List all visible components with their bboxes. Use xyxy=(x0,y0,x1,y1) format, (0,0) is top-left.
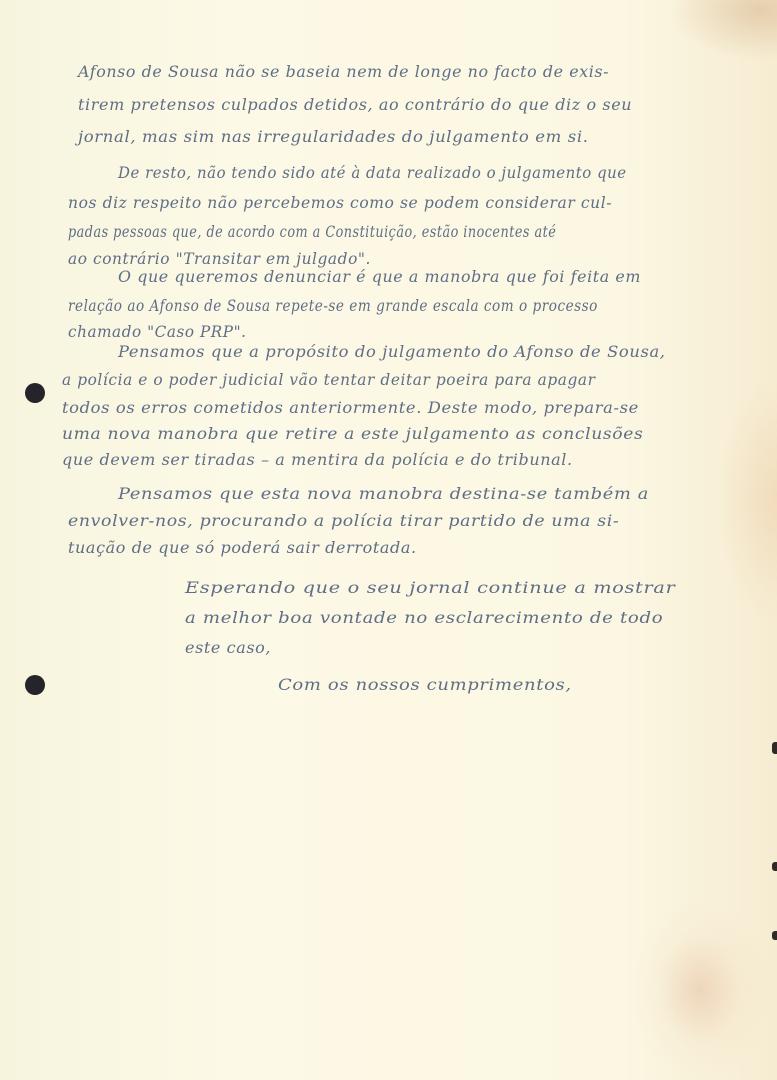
handwritten-line: a polícia e o poder judicial vão tentar … xyxy=(62,370,596,389)
handwritten-line: ao contrário "Transitar em julgado". xyxy=(68,249,371,268)
handwritten-line: que devem ser tiradas – a mentira da pol… xyxy=(62,450,573,469)
handwritten-line: uma nova manobra que retire a este julga… xyxy=(62,424,643,443)
handwritten-line: relação ao Afonso de Sousa repete-se em … xyxy=(68,296,598,315)
handwritten-line: Afonso de Sousa não se baseia nem de lon… xyxy=(78,62,609,81)
handwritten-line: De resto, não tendo sido até à data real… xyxy=(118,163,627,182)
handwritten-line: O que queremos denunciar é que a manobra… xyxy=(118,267,641,286)
handwritten-line: a melhor boa vontade no esclarecimento d… xyxy=(185,608,663,627)
paper-edge-mark xyxy=(772,742,777,754)
handwritten-line: Esperando que o seu jornal continue a mo… xyxy=(185,578,676,597)
handwritten-line: chamado "Caso PRP". xyxy=(68,322,247,341)
handwritten-line: este caso, xyxy=(185,638,271,657)
handwritten-line: Pensamos que esta nova manobra destina-s… xyxy=(118,484,649,503)
paper-edge-mark xyxy=(772,862,777,871)
handwritten-line: tirem pretensos culpados detidos, ao con… xyxy=(78,95,632,114)
punch-hole xyxy=(25,383,45,403)
handwritten-line: tuação de que só poderá sair derrotada. xyxy=(68,538,417,557)
handwritten-signoff: Com os nossos cumprimentos, xyxy=(278,675,572,694)
handwritten-line: jornal, mas sim nas irregularidades do j… xyxy=(78,127,589,146)
punch-hole xyxy=(25,675,45,695)
handwritten-line: Pensamos que a propósito do julgamento d… xyxy=(118,342,666,361)
handwritten-line: nos diz respeito não percebemos como se … xyxy=(68,193,612,212)
letter-page: Afonso de Sousa não se baseia nem de lon… xyxy=(0,0,777,1080)
handwritten-line: envolver-nos, procurando a polícia tirar… xyxy=(68,511,619,530)
paper-edge-mark xyxy=(772,931,777,940)
handwritten-line: padas pessoas que, de acordo com a Const… xyxy=(68,222,556,241)
handwritten-line: todos os erros cometidos anteriormente. … xyxy=(62,398,639,417)
